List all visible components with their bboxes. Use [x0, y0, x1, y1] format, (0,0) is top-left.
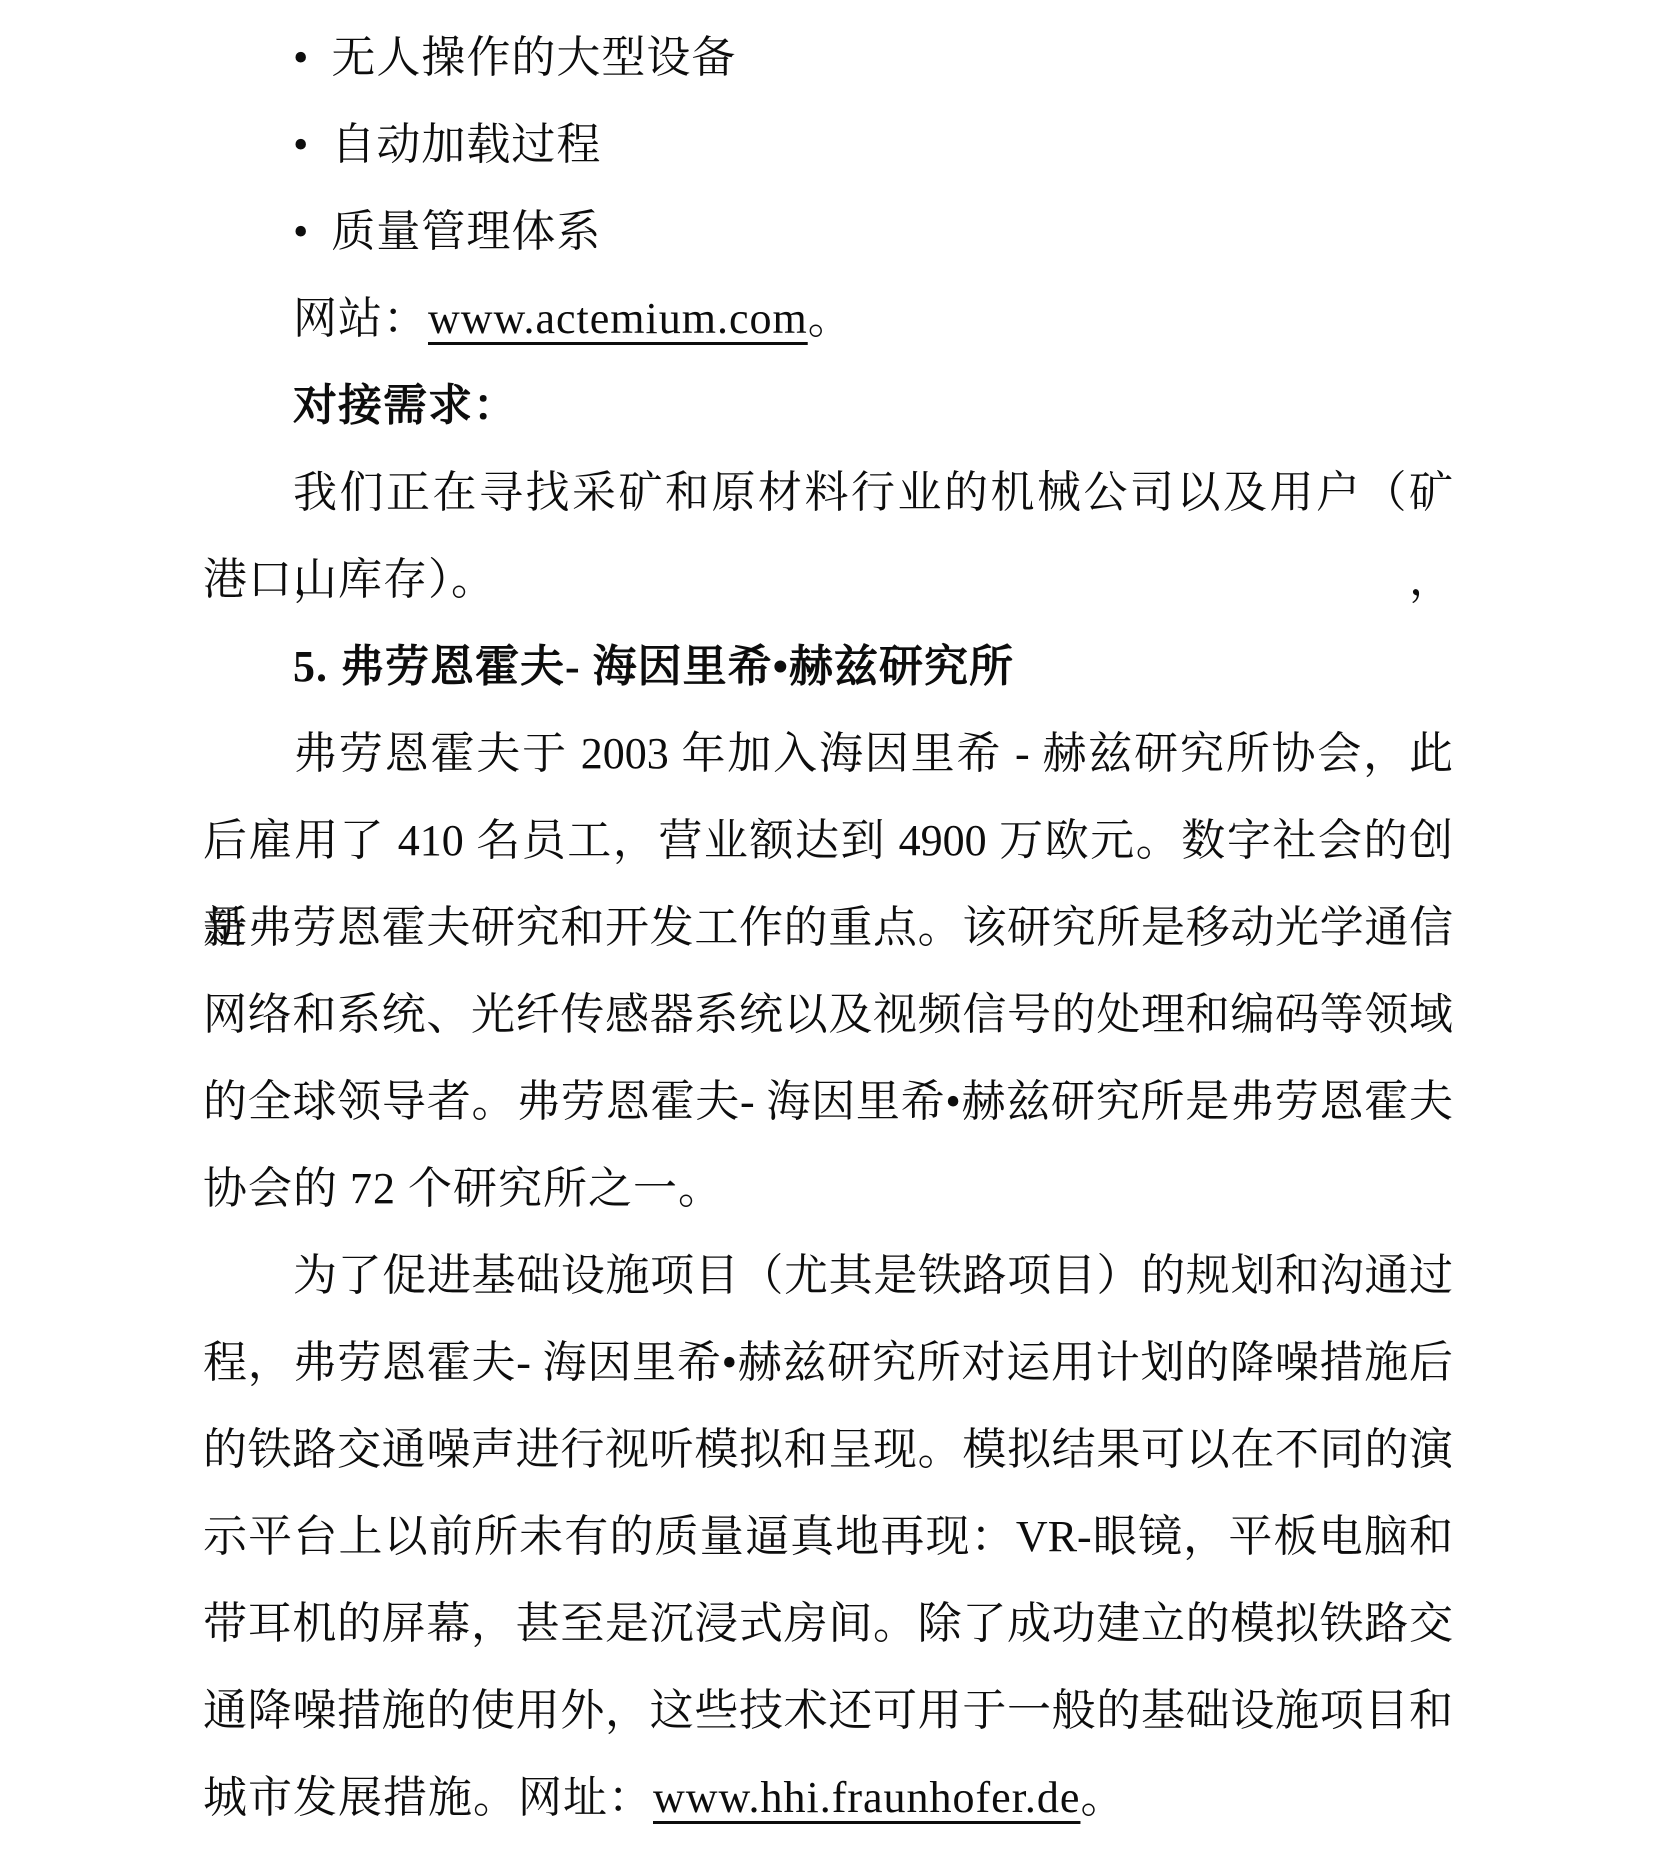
paragraph-2-line-1: 为了促进基础设施项目（尤其是铁路项目）的规划和沟通过 — [203, 1232, 1453, 1319]
paragraph-2-line-4: 示平台上以前所未有的质量逼真地再现：VR-眼镜，平板电脑和 — [203, 1493, 1453, 1580]
paragraph-1-line-4: 网络和系统、光纤传感器系统以及视频信号的处理和编码等领域 — [203, 971, 1453, 1058]
list-item-quality-management: •质量管理体系 — [203, 188, 1453, 275]
paragraph-2-line-6: 通降噪措施的使用外，这些技术还可用于一般的基础设施项目和 — [203, 1667, 1453, 1754]
bullet-icon: • — [293, 101, 309, 188]
website-line: 网站：www.actemium.com。 — [203, 275, 1453, 362]
section-5-heading: 5. 弗劳恩霍夫- 海因里希•赫兹研究所 — [203, 623, 1453, 710]
document-body: •无人操作的大型设备 •自动加载过程 •质量管理体系 网站：www.actemi… — [203, 14, 1453, 1841]
paragraph-1-line-1: 弗劳恩霍夫于 2003 年加入海因里希 - 赫兹研究所协会，此 — [203, 710, 1453, 797]
docking-requirements-heading: 对接需求： — [203, 362, 1453, 449]
fraunhofer-hhi-link[interactable]: www.hhi.fraunhofer.de — [653, 1773, 1080, 1822]
document-page: •无人操作的大型设备 •自动加载过程 •质量管理体系 网站：www.actemi… — [0, 0, 1654, 1869]
paragraph-1-line-5: 的全球领导者。弗劳恩霍夫- 海因里希•赫兹研究所是弗劳恩霍夫 — [203, 1058, 1453, 1145]
website-label: 网站： — [293, 294, 428, 343]
actemium-link[interactable]: www.actemium.com — [428, 294, 808, 343]
paragraph-2-line-5: 带耳机的屏幕，甚至是沉浸式房间。除了成功建立的模拟铁路交 — [203, 1580, 1453, 1667]
docking-paragraph-line-1: 我们正在寻找采矿和原材料行业的机械公司以及用户（矿山， — [203, 449, 1453, 536]
bullet-icon: • — [293, 188, 309, 275]
list-item-text: 无人操作的大型设备 — [331, 33, 736, 82]
website-period: 。 — [1080, 1773, 1125, 1822]
bullet-icon: • — [293, 14, 309, 101]
paragraph-1-line-6: 协会的 72 个研究所之一。 — [203, 1145, 1453, 1232]
paragraph-2-line-2: 程，弗劳恩霍夫- 海因里希•赫兹研究所对运用计划的降噪措施后 — [203, 1319, 1453, 1406]
paragraph-1-line-3: 是弗劳恩霍夫研究和开发工作的重点。该研究所是移动光学通信 — [203, 884, 1453, 971]
list-item-auto-loading: •自动加载过程 — [203, 101, 1453, 188]
paragraph-2-line-7: 城市发展措施。网址：www.hhi.fraunhofer.de。 — [203, 1754, 1453, 1841]
paragraph-2-line-3: 的铁路交通噪声进行视听模拟和呈现。模拟结果可以在不同的演 — [203, 1406, 1453, 1493]
website-label: 城市发展措施。网址： — [203, 1773, 653, 1822]
list-item-unmanned-equipment: •无人操作的大型设备 — [203, 14, 1453, 101]
list-item-text: 质量管理体系 — [331, 207, 601, 256]
paragraph-1-line-2: 后雇用了 410 名员工，营业额达到 4900 万欧元。数字社会的创新 — [203, 797, 1453, 884]
website-period: 。 — [808, 294, 853, 343]
list-item-text: 自动加载过程 — [331, 120, 601, 169]
